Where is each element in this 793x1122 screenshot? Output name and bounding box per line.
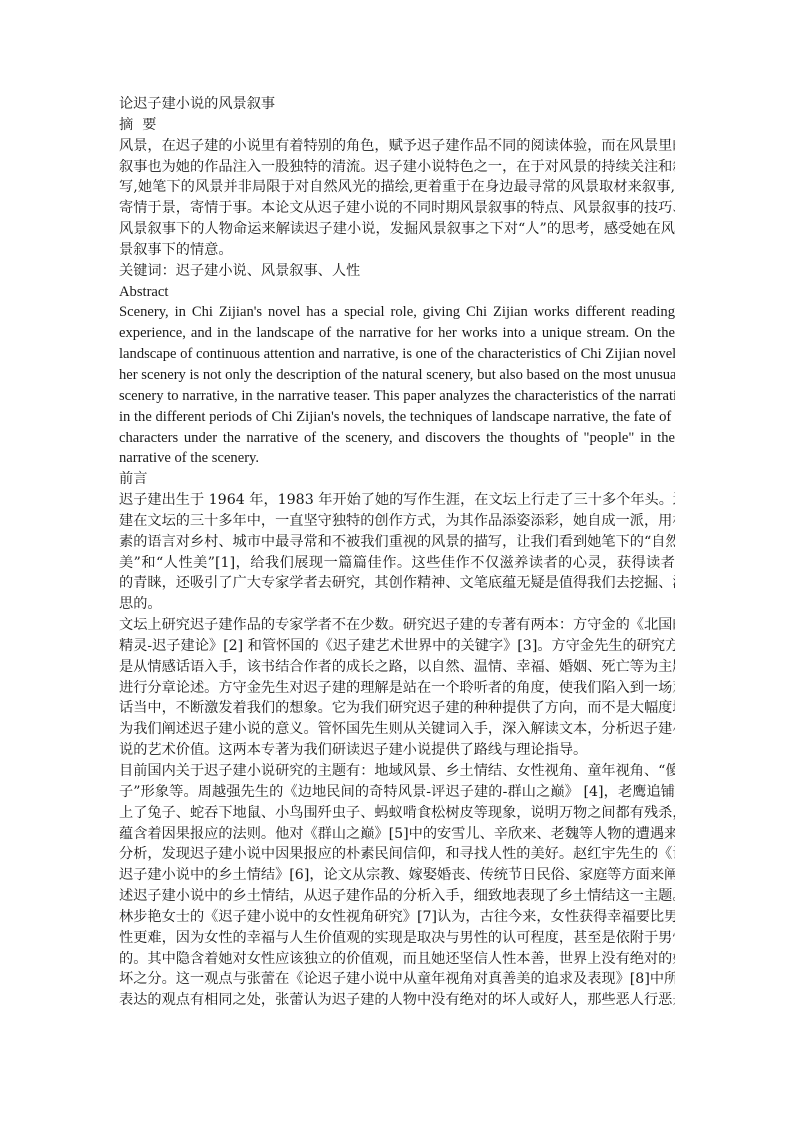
body-line: 美”和“人性美”[1]，给我们展现一篇篇佳作。这些佳作不仅滋养读者的心灵，获得读… xyxy=(119,553,675,574)
document-title: 论迟子建小说的风景叙事 xyxy=(119,94,675,115)
body-line: 的青睐，还吸引了广大专家学者去研究，其创作精神、文笔底蕴无疑是值得我们去挖掘、深 xyxy=(119,573,675,594)
abstract-line: 写,她笔下的风景并非局限于对自然风光的描绘,更着重于在身边最寻常的风景取材来叙事… xyxy=(119,177,675,198)
body-paragraph-1: 迟子建出生于 1964 年，1983 年开始了她的写作生涯，在文坛上行走了三十多… xyxy=(119,490,675,615)
abstract-en-line: in the different periods of Chi Zijian's… xyxy=(119,407,675,428)
abstract-line: 景叙事下的情意。 xyxy=(119,240,675,261)
body-line: 的。其中隐含着她对女性应该独立的价值观，而且她还坚信人性本善，世界上没有绝对的好 xyxy=(119,949,675,970)
body-line: 为我们阐述迟子建小说的意义。管怀国先生则从关键词入手，深入解读文本，分析迟子建小 xyxy=(119,719,675,740)
body-line: 目前国内关于迟子建小说研究的主题有：地域风景、乡土情结、女性视角、童年视角、“傻 xyxy=(119,761,675,782)
body-line: 精灵-迟子建论》[2] 和管怀国的《迟子建艺术世界中的关键字》[3]。方守金先生… xyxy=(119,636,675,657)
body-line: 坏之分。这一观点与张蕾在《论迟子建小说中从童年视角对真善美的追求及表现》[8]中… xyxy=(119,969,675,990)
abstract-paragraph: 风景，在迟子建的小说里有着特别的角色，赋予迟子建作品不同的阅读体验，而在风景里的… xyxy=(119,136,675,261)
abstract-line: 寄情于景，寄情于事。本论文从迟子建小说的不同时期风景叙事的特点、风景叙事的技巧、 xyxy=(119,198,675,219)
body-line: 进行分章论述。方守金先生对迟子建的理解是站在一个聆听者的角度，使我们陷入到一场对 xyxy=(119,678,675,699)
abstract-en-line: landscape of continuous attention and na… xyxy=(119,344,675,365)
abstract-en-line: characters under the narrative of the sc… xyxy=(119,428,675,449)
body-line: 子”形象等。周越强先生的《边地民间的奇特风景-评迟子建的-群山之巅》 [4]，老… xyxy=(119,782,675,803)
abstract-line: 叙事也为她的作品注入一股独特的清流。迟子建小说特色之一，在于对风景的持续关注和叙 xyxy=(119,157,675,178)
body-line: 迟子建出生于 1964 年，1983 年开始了她的写作生涯，在文坛上行走了三十多… xyxy=(119,490,675,511)
body-line: 思的。 xyxy=(119,594,675,615)
body-line: 素的语言对乡村、城市中最寻常和不被我们重视的风景的描写，让我们看到她笔下的“自然 xyxy=(119,532,675,553)
body-line: 林步艳女士的《迟子建小说中的女性视角研究》[7]认为，古往今来，女性获得幸福要比… xyxy=(119,907,675,928)
abstract-line: 风景叙事下的人物命运来解读迟子建小说，发掘风景叙事之下对“人”的思考，感受她在风 xyxy=(119,219,675,240)
abstract-en-paragraph: Scenery, in Chi Zijian's novel has a spe… xyxy=(119,302,675,469)
body-line: 表达的观点有相同之处，张蕾认为迟子建的人物中没有绝对的坏人或好人，那些恶人行恶是 xyxy=(119,990,675,1011)
body-line: 是从情感话语入手，该书结合作者的成长之路，以自然、温情、幸福、婚姻、死亡等为主题 xyxy=(119,657,675,678)
abstract-en-line: narrative of the scenery. xyxy=(119,448,675,469)
abstract-en-heading: Abstract xyxy=(119,282,675,303)
body-line: 迟子建小说中的乡土情结》[6]，论文从宗教、嫁娶婚丧、传统节日民俗、家庭等方面来… xyxy=(119,865,675,886)
body-line: 建在文坛的三十多年中，一直坚守独特的创作方式，为其作品添姿添彩，她自成一派，用朴 xyxy=(119,511,675,532)
body-line: 性更难，因为女性的幸福与人生价值观的实现是取决与男性的认可程度，甚至是依附于男性 xyxy=(119,928,675,949)
abstract-en-line: scenery to narrative, in the narrative t… xyxy=(119,386,675,407)
body-paragraph-3: 目前国内关于迟子建小说研究的主题有：地域风景、乡土情结、女性视角、童年视角、“傻… xyxy=(119,761,675,1011)
body-line: 文坛上研究迟子建作品的专家学者不在少数。研究迟子建的专著有两本：方守金的《北国的 xyxy=(119,615,675,636)
keywords: 关键词：迟子建小说、风景叙事、人性 xyxy=(119,261,675,282)
preface-heading: 前言 xyxy=(119,469,675,490)
body-line: 述迟子建小说中的乡土情结，从迟子建作品的分析入手，细致地表现了乡土情结这一主题。 xyxy=(119,886,675,907)
body-paragraph-2: 文坛上研究迟子建作品的专家学者不在少数。研究迟子建的专著有两本：方守金的《北国的… xyxy=(119,615,675,761)
abstract-en-line: her scenery is not only the description … xyxy=(119,365,675,386)
body-line: 蕴含着因果报应的法则。他对《群山之巅》[5]中的安雪儿、辛欣来、老魏等人物的遭遇… xyxy=(119,824,675,845)
abstract-line: 风景，在迟子建的小说里有着特别的角色，赋予迟子建作品不同的阅读体验，而在风景里的 xyxy=(119,136,675,157)
abstract-heading: 摘 要 xyxy=(119,115,675,136)
body-line: 上了兔子、蛇吞下地鼠、小鸟围歼虫子、蚂蚁啃食松树皮等现象，说明万物之间都有残杀， xyxy=(119,803,675,824)
body-line: 说的艺术价值。这两本专著为我们研读迟子建小说提供了路线与理论指导。 xyxy=(119,740,675,761)
abstract-en-line: experience, and in the landscape of the … xyxy=(119,323,675,344)
body-line: 话当中，不断激发着我们的想象。它为我们研究迟子建的种种提供了方向，而不是大幅度地 xyxy=(119,698,675,719)
abstract-en-line: Scenery, in Chi Zijian's novel has a spe… xyxy=(119,302,675,323)
document-page: 论迟子建小说的风景叙事 摘 要 风景，在迟子建的小说里有着特别的角色，赋予迟子建… xyxy=(119,94,675,1011)
body-line: 分析，发现迟子建小说中因果报应的朴素民间信仰，和寻找人性的美好。赵红宇先生的《论 xyxy=(119,844,675,865)
